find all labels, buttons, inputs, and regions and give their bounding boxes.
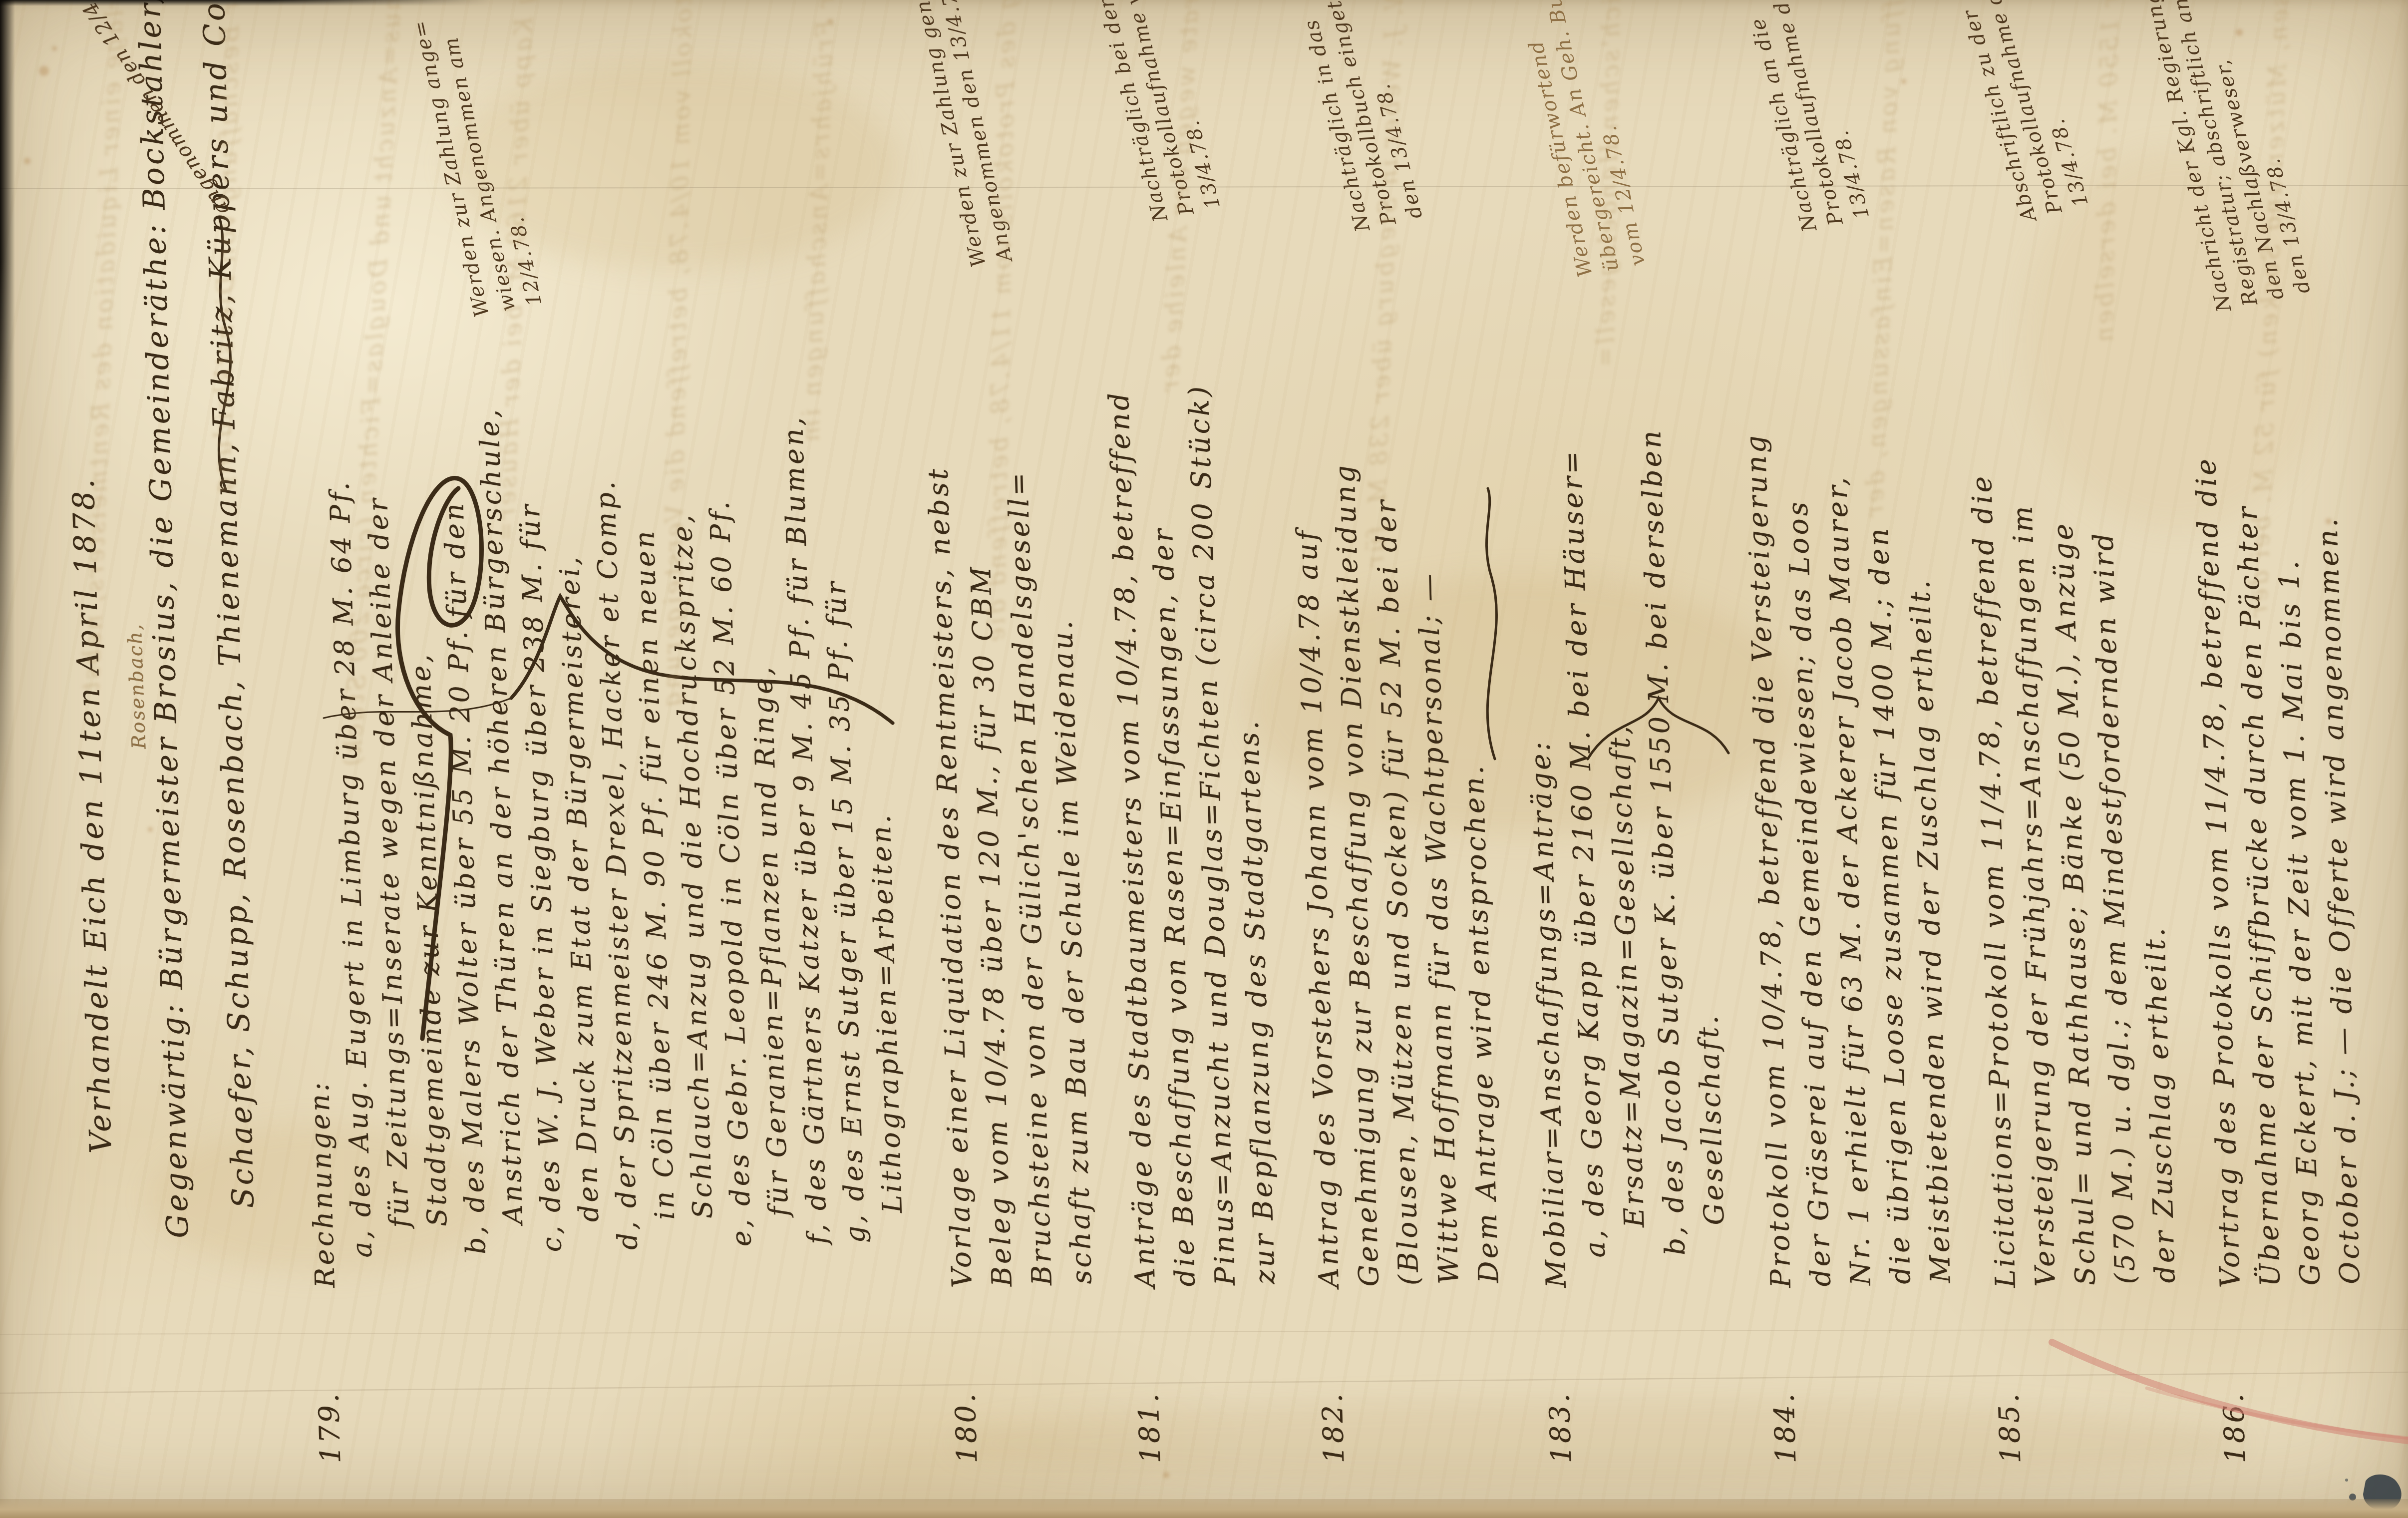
page-bottom-edge [0,1499,2408,1518]
binding-shadow-left [0,0,15,874]
ink-speck [2345,1479,2348,1482]
scan-overlay [0,0,2408,1518]
fold-crease [0,185,2408,189]
margin-rule-lower [0,1372,2408,1393]
red-pencil-stroke [2052,1342,2408,1441]
binding-shadow-top [0,0,489,6]
margin-rule-upper [0,1329,2408,1334]
scanned-manuscript-page: { "colors": { "ink": "#3b2b17", "ink_sec… [0,0,2408,1518]
